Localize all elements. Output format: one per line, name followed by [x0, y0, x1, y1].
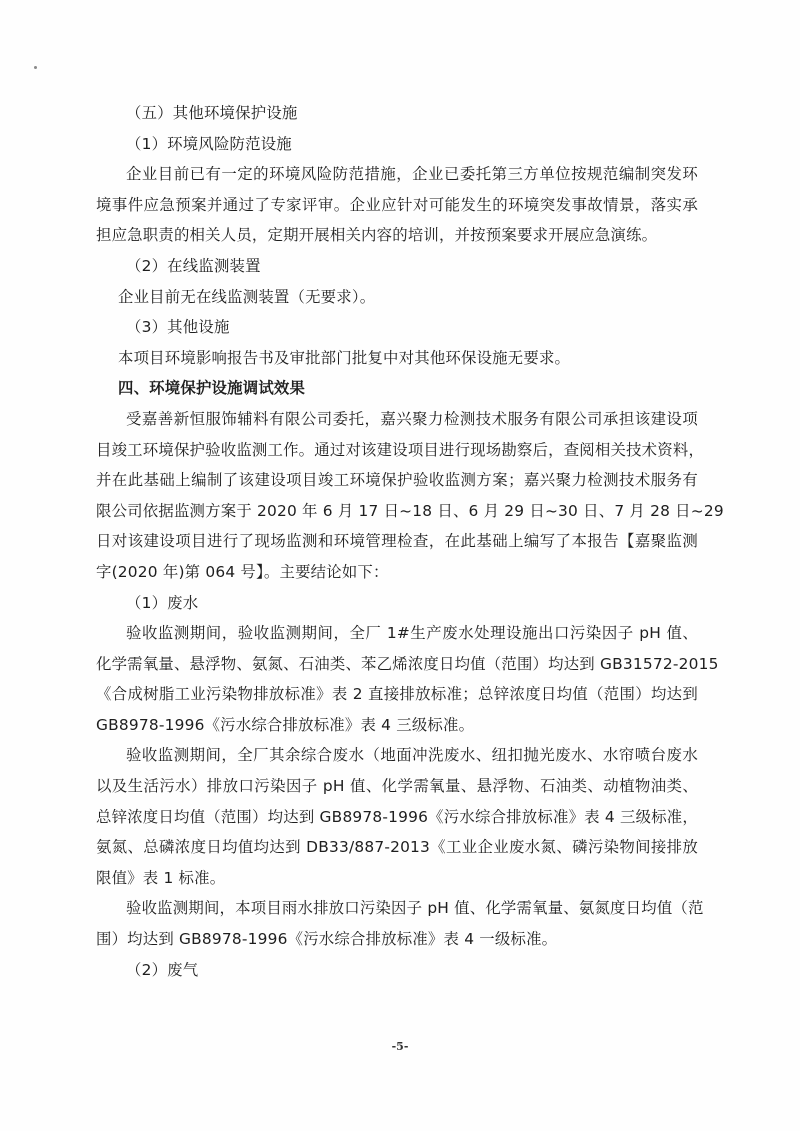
paragraph-line: 验收监测期间，验收监测期间，全厂 1#生产废水处理设施出口污染因子 pH 值、 [96, 618, 698, 649]
subheading-risk-prevention: （1）环境风险防范设施 [96, 129, 698, 160]
paragraph-line: 境事件应急预案并通过了专家评审。企业应针对可能发生的环境突发事故情景，落实承 [96, 190, 698, 221]
paragraph-line: GB8978-1996《污水综合排放标准》表 4 三级标准。 [96, 710, 698, 741]
paragraph-line: 担应急职责的相关人员，定期开展相关内容的培训，并按预案要求开展应急演练。 [96, 220, 698, 251]
paragraph-line: 以及生活污水）排放口污染因子 pH 值、化学需氧量、悬浮物、石油类、动植物油类、 [96, 771, 698, 802]
paragraph-line: 企业目前无在线监测装置（无要求）。 [96, 282, 698, 313]
paragraph-line: 化学需氧量、悬浮物、氨氮、石油类、苯乙烯浓度日均值（范围）均达到 GB31572… [96, 649, 698, 680]
document-page: （五）其他环境保护设施 （1）环境风险防范设施 企业目前已有一定的环境风险防范措… [0, 0, 800, 1131]
subheading-waste-gas: （2）废气 [96, 955, 698, 986]
paragraph-line: 验收监测期间，本项目雨水排放口污染因子 pH 值、化学需氧量、氨氮度日均值（范 [96, 893, 698, 924]
paragraph-line: 并在此基础上编制了该建设项目竣工环境保护验收监测方案；嘉兴聚力检测技术服务有 [96, 465, 698, 496]
paragraph-line: 《合成树脂工业污染物排放标准》表 2 直接排放标准；总锌浓度日均值（范围）均达到 [96, 679, 698, 710]
section-heading-other-facilities: （五）其他环境保护设施 [96, 98, 698, 129]
paragraph-line: 受嘉善新恒服饰辅料有限公司委托，嘉兴聚力检测技术服务有限公司承担该建设项 [96, 404, 698, 435]
section-heading-debugging-effect: 四、环境保护设施调试效果 [96, 373, 698, 404]
paragraph-line: 围）均达到 GB8978-1996《污水综合排放标准》表 4 一级标准。 [96, 924, 698, 955]
page-number: -5- [0, 1040, 800, 1053]
paragraph-line: 目竣工环境保护验收监测工作。通过对该建设项目进行现场勘察后，查阅相关技术资料， [96, 435, 698, 466]
paragraph-line: 企业目前已有一定的环境风险防范措施，企业已委托第三方单位按规范编制突发环 [96, 159, 698, 190]
paragraph-line: 总锌浓度日均值（范围）均达到 GB8978-1996《污水综合排放标准》表 4 … [96, 802, 698, 833]
paragraph-line: 限公司依据监测方案于 2020 年 6 月 17 日~18 日、6 月 29 日… [96, 496, 698, 527]
paragraph-line: 氨氮、总磷浓度日均值均达到 DB33/887-2013《工业企业废水氮、磷污染物… [96, 832, 698, 863]
paragraph-line: 字(2020 年)第 064 号】。主要结论如下： [96, 557, 698, 588]
paragraph-line: 本项目环境影响报告书及审批部门批复中对其他环保设施无要求。 [96, 343, 698, 374]
subheading-wastewater: （1）废水 [96, 588, 698, 619]
page-body: （五）其他环境保护设施 （1）环境风险防范设施 企业目前已有一定的环境风险防范措… [96, 98, 698, 985]
subheading-other-facilities: （3）其他设施 [96, 312, 698, 343]
paragraph-line: 日对该建设项目进行了现场监测和环境管理检查，在此基础上编写了本报告【嘉聚监测 [96, 526, 698, 557]
paragraph-line: 验收监测期间，全厂其余综合废水（地面冲洗废水、纽扣抛光废水、水帘喷台废水 [96, 740, 698, 771]
scan-speck [34, 66, 37, 69]
subheading-online-monitoring: （2）在线监测装置 [96, 251, 698, 282]
paragraph-line: 限值》表 1 标准。 [96, 863, 698, 894]
